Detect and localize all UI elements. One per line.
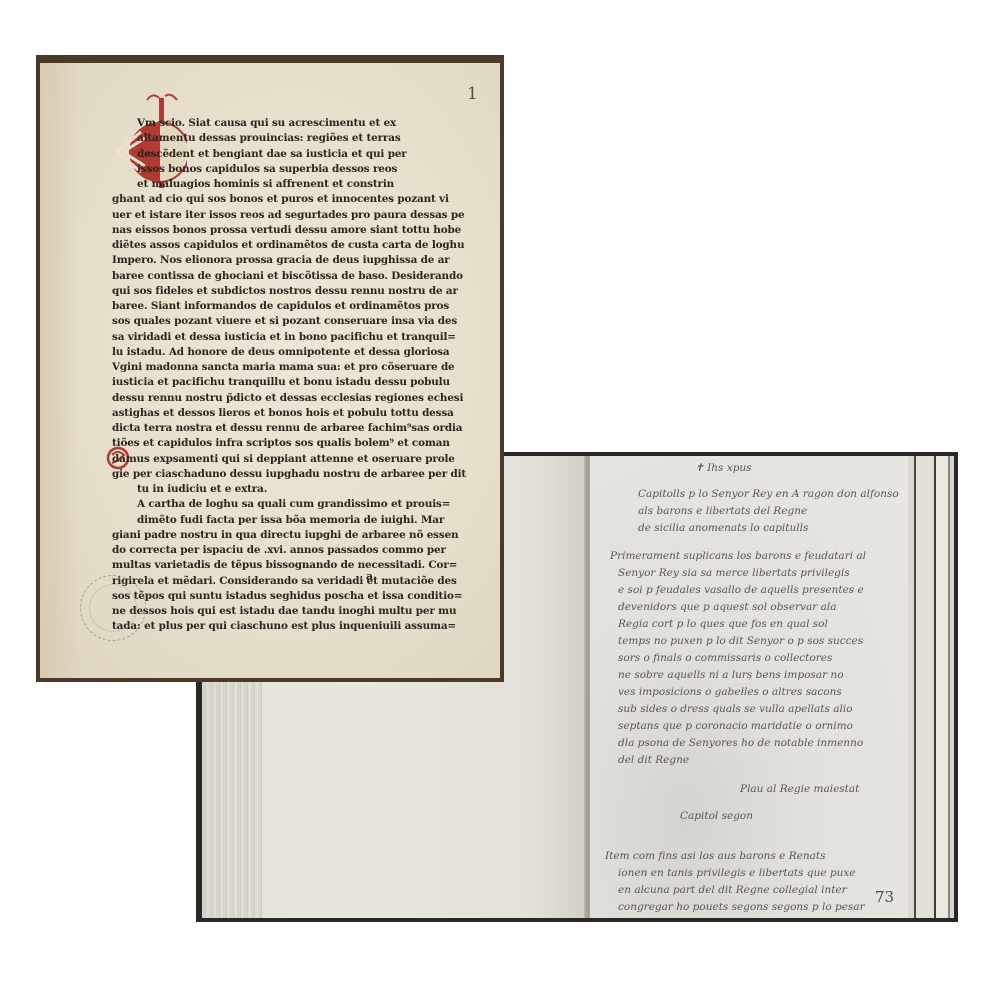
printed-text-line: Vm scio. Siat causa qui su acrescimentu … xyxy=(137,116,396,131)
manuscript-text-line: e soi p feudales vasallo de aquells pres… xyxy=(618,582,864,599)
printed-text-line: nas eissos bonos prossa vertudi dessu am… xyxy=(112,223,461,238)
manuscript-text-line: Plau al Regie maiestat xyxy=(740,781,859,798)
printed-text-line: gie per ciaschaduno dessu iupghadu nostr… xyxy=(112,467,466,482)
manuscript-text-line: devenidors que p aquest sol observar ala xyxy=(618,599,837,616)
manuscript-page-number: 73 xyxy=(875,888,894,906)
printed-text-line: multas varietadis de tẽpus bissognando d… xyxy=(112,558,457,573)
printed-text-line: qui sos fideles et subdictos nostros des… xyxy=(112,284,458,299)
printed-text-line: ghant ad cio qui sos bonos et puros et i… xyxy=(112,192,449,207)
manuscript-text-line: Item com fins asi los aus barons e Renat… xyxy=(605,848,825,865)
manuscript-text-line: dla psona de Senyores ho de notable inme… xyxy=(618,735,863,752)
printed-text-line: astighas et dessos lieros et bonos hois … xyxy=(112,406,454,421)
printed-text-line: A cartha de loghu sa quali cum grandissi… xyxy=(137,497,450,512)
manuscript-text-line: sub sides o dress quals se vulla apellat… xyxy=(618,701,853,718)
manuscript-text-line: ves imposicions o gabelles o altres saco… xyxy=(618,684,842,701)
printed-text-line: altamentu dessas prouincias: regiões et … xyxy=(137,131,401,146)
printed-text-line: et maluagios hominis si affrenent et con… xyxy=(137,177,394,192)
signature-mark: a xyxy=(366,570,373,583)
printed-text-line: do correcta per ispaciu de .xvi. annos p… xyxy=(112,543,446,558)
printed-text-line: dicta terra nostra et dessu rennu de arb… xyxy=(112,421,462,436)
manuscript-text-line: del dit Regne xyxy=(618,752,689,769)
printed-text-line: descẽdent et bengiant dae sa iusticia et… xyxy=(137,147,407,162)
printed-text-line: Impero. Nos elionora prossa gracia de de… xyxy=(112,253,450,268)
manuscript-text-line: Regia cort p lo ques que fos en qual sol xyxy=(618,616,828,633)
manuscript-text-line: ne sobre aquells ni a lurs bens imposar … xyxy=(618,667,844,684)
printed-text-line: tada: et plus per qui ciaschuno est plus… xyxy=(112,619,456,634)
printed-text-line: sa viridadi et dessa iusticia et in bono… xyxy=(112,330,456,345)
printed-text-line: tu in iudiciu et e extra. xyxy=(137,482,267,497)
printed-text-line: rigirela et mẽdari. Considerando sa veri… xyxy=(112,574,457,589)
printed-text-line: issos bonos capidulos sa superbia dessos… xyxy=(137,162,397,177)
manuscript-text-line: Primerament suplicans los barons e feuda… xyxy=(610,548,866,565)
printed-text-line: uer et istare iter issos reos ad segurta… xyxy=(112,208,464,223)
printed-text-line: sos quales pozant viuere et si pozant co… xyxy=(112,314,457,329)
printed-text-line: sos tẽpos qui suntu istadus seghidus pos… xyxy=(112,589,462,604)
printed-text-line: dimẽto fudi facta per issa bõa memoria d… xyxy=(137,513,444,528)
printed-text-line: ne dessos hois qui est istadu dae tandu … xyxy=(112,604,456,619)
manuscript-text-line: als barons e libertats del Regne xyxy=(638,503,807,520)
printed-text-line: iusticia et pacifichu tranquillu et bonu… xyxy=(112,375,450,390)
manuscript-text-line: sors o finals o commissaris o collectore… xyxy=(618,650,832,667)
printed-text-line: Vgini madonna sancta maria mama sua: et … xyxy=(112,360,455,375)
manuscript-text-line: Senyor Rey sia sa merce libertats privil… xyxy=(618,565,850,582)
page-edges-right xyxy=(908,456,954,918)
manuscript-text-line: de sicilia anomenats lo capitulls xyxy=(638,520,808,537)
printed-page-number: 1 xyxy=(467,84,478,104)
manuscript-text-line: Capitolls p lo Senyor Rey en A ragon don… xyxy=(638,486,899,503)
printed-text-line: dessu rennu nostru p̃dicto et dessas ecc… xyxy=(112,391,463,406)
printed-text-line: diẽtes assos capidulos et ordinamẽtos de… xyxy=(112,238,464,253)
manuscript-heading: ✝ Ihs xpus xyxy=(695,460,752,477)
manuscript-text-line: Capitol segon xyxy=(680,808,753,825)
printed-text-line: baree. Siant informandos de capidulos et… xyxy=(112,299,449,314)
printed-text-line: lu istadu. Ad honore de deus omnipotente… xyxy=(112,345,449,360)
manuscript-text-line: septans que p coronacio maridatie o orni… xyxy=(618,718,853,735)
manuscript-text-line: ionen en tanis privilegis e libertats qu… xyxy=(618,865,855,882)
printed-text-line: tiões et capidulos infra scriptos sos qu… xyxy=(112,436,450,451)
library-stamp-icon xyxy=(80,575,146,641)
printed-text-line: damus expsamenti qui si deppiant attenne… xyxy=(112,452,455,467)
manuscript-text-line: temps no puxen p lo dit Senyor o p sos s… xyxy=(618,633,863,650)
manuscript-text-line: congregar ho pouets segons segons p lo p… xyxy=(618,899,865,916)
printed-text-line: baree contissa de ghociani et biscõtissa… xyxy=(112,269,463,284)
manuscript-text-line: en alcuna part del dit Regne collegial i… xyxy=(618,882,847,899)
printed-text-line: giani padre nostru in qua directu iupghi… xyxy=(112,528,458,543)
